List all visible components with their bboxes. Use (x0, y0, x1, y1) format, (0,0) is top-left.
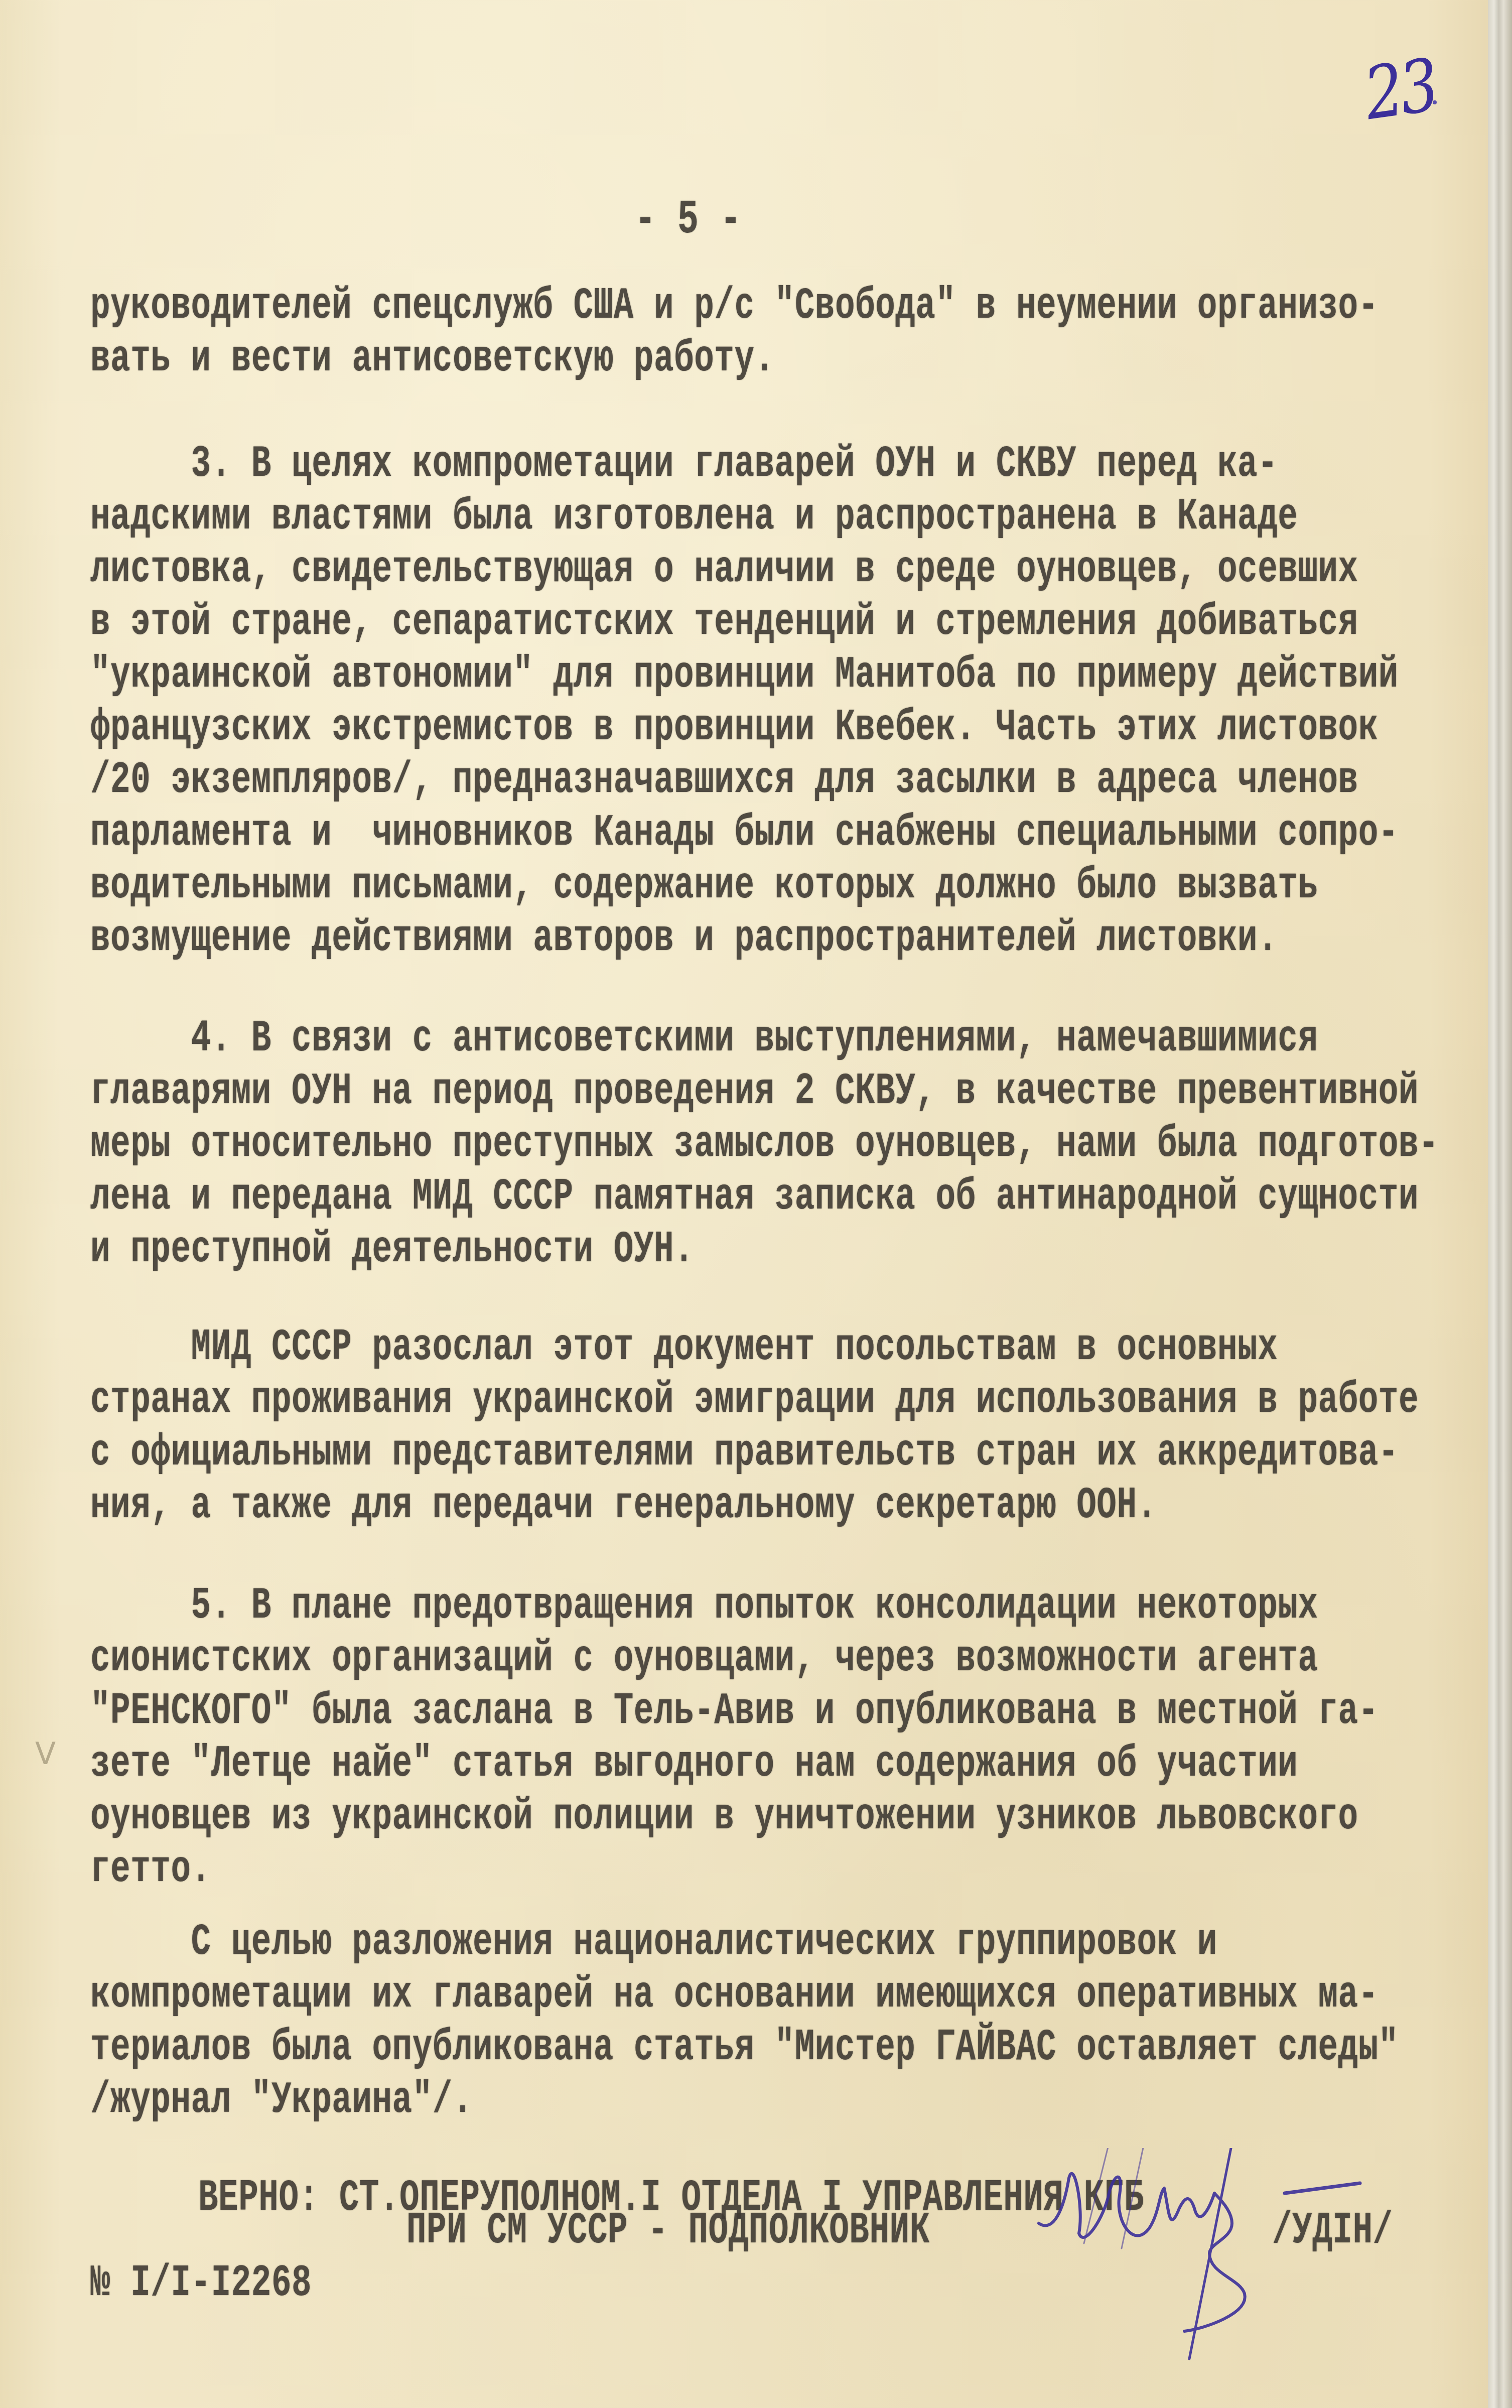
paragraph-5-line: оуновцев из украинской полиции в уничтож… (90, 1794, 1358, 1839)
paragraph-5b-line: С целью разложения националистических гр… (90, 1920, 1217, 1964)
margin-check-mark: V (35, 1736, 56, 1772)
paragraph-3-line: листовка, свидетельствующая о наличии в … (90, 547, 1358, 592)
paragraph-5b-line: компрометации их главарей на основании и… (90, 1972, 1379, 2017)
text-line: руководителей спецслужб США и р/с "Свобо… (90, 284, 1379, 328)
paragraph-5b-line: териалов была опубликована статья "Мисте… (90, 2025, 1399, 2070)
paragraph-4-line: меры относительно преступных замыслов оу… (90, 1122, 1439, 1166)
paragraph-4-line: лена и передана МИД СССР памятная записк… (90, 1174, 1419, 1219)
paragraph-4b-line: странах проживания украинской эмиграции … (90, 1378, 1419, 1422)
page-edge-binding (1488, 0, 1512, 2408)
paragraph-4b-line: ния, а также для передачи генеральному с… (90, 1483, 1157, 1528)
paragraph-4b-line: с официальными представителями правитель… (90, 1430, 1399, 1475)
paragraph-3-line: 3. В целях компрометации главарей ОУН и … (90, 442, 1278, 486)
paragraph-5-line: зете "Летце найе" статья выгодного нам с… (90, 1742, 1298, 1786)
paragraph-4-line: 4. В связи с антисоветскими выступлениям… (90, 1016, 1318, 1061)
paragraph-3-line: /20 экземпляров/, предназначавшихся для … (90, 758, 1358, 802)
registration-number: № I/I-I2268 (90, 2261, 312, 2306)
paragraph-3-line: в этой стране, сепаратистских тенденций … (90, 600, 1358, 644)
text-line: вать и вести антисоветскую работу. (90, 336, 775, 381)
paragraph-3-line: французских экстремистов в провинции Кве… (90, 705, 1379, 750)
paragraph-3-line: парламента и чиновников Канады были снаб… (90, 811, 1399, 855)
paragraph-5-line: "РЕНСКОГО" была заслана в Тель-Авив и оп… (90, 1689, 1379, 1733)
paragraph-3-line: возмущение действиями авторов и распрост… (90, 916, 1278, 961)
folio-number: 23 (1359, 44, 1441, 137)
paragraph-5-line: 5. В плане предотвращения попыток консол… (90, 1583, 1318, 1628)
folio-dot (1433, 100, 1437, 104)
paragraph-4-line: главарями ОУН на период проведения 2 СКВ… (90, 1069, 1419, 1114)
paragraph-5-line: гетто. (90, 1847, 211, 1892)
paragraph-3-line: водительными письмами, содержание которы… (90, 863, 1318, 908)
paragraph-4b-line: МИД СССР разослал этот документ посольст… (90, 1325, 1278, 1370)
paragraph-3-line: надскими властями была изготовлена и рас… (90, 494, 1298, 539)
paragraph-5b-line: /журнал "Украина"/. (90, 2078, 473, 2122)
paragraph-3-line: "украинской автономии" для провинции Ман… (90, 652, 1399, 697)
signature-handwritten (1034, 2148, 1395, 2379)
page-number: - 5 - (635, 198, 742, 243)
attestation-line-2: ПРИ СМ УССР - ПОДПОЛКОВНИК (406, 2208, 930, 2253)
paragraph-4-line: и преступной деятельности ОУН. (90, 1227, 694, 1272)
paragraph-5-line: сионистских организаций с оуновцами, чер… (90, 1636, 1318, 1681)
